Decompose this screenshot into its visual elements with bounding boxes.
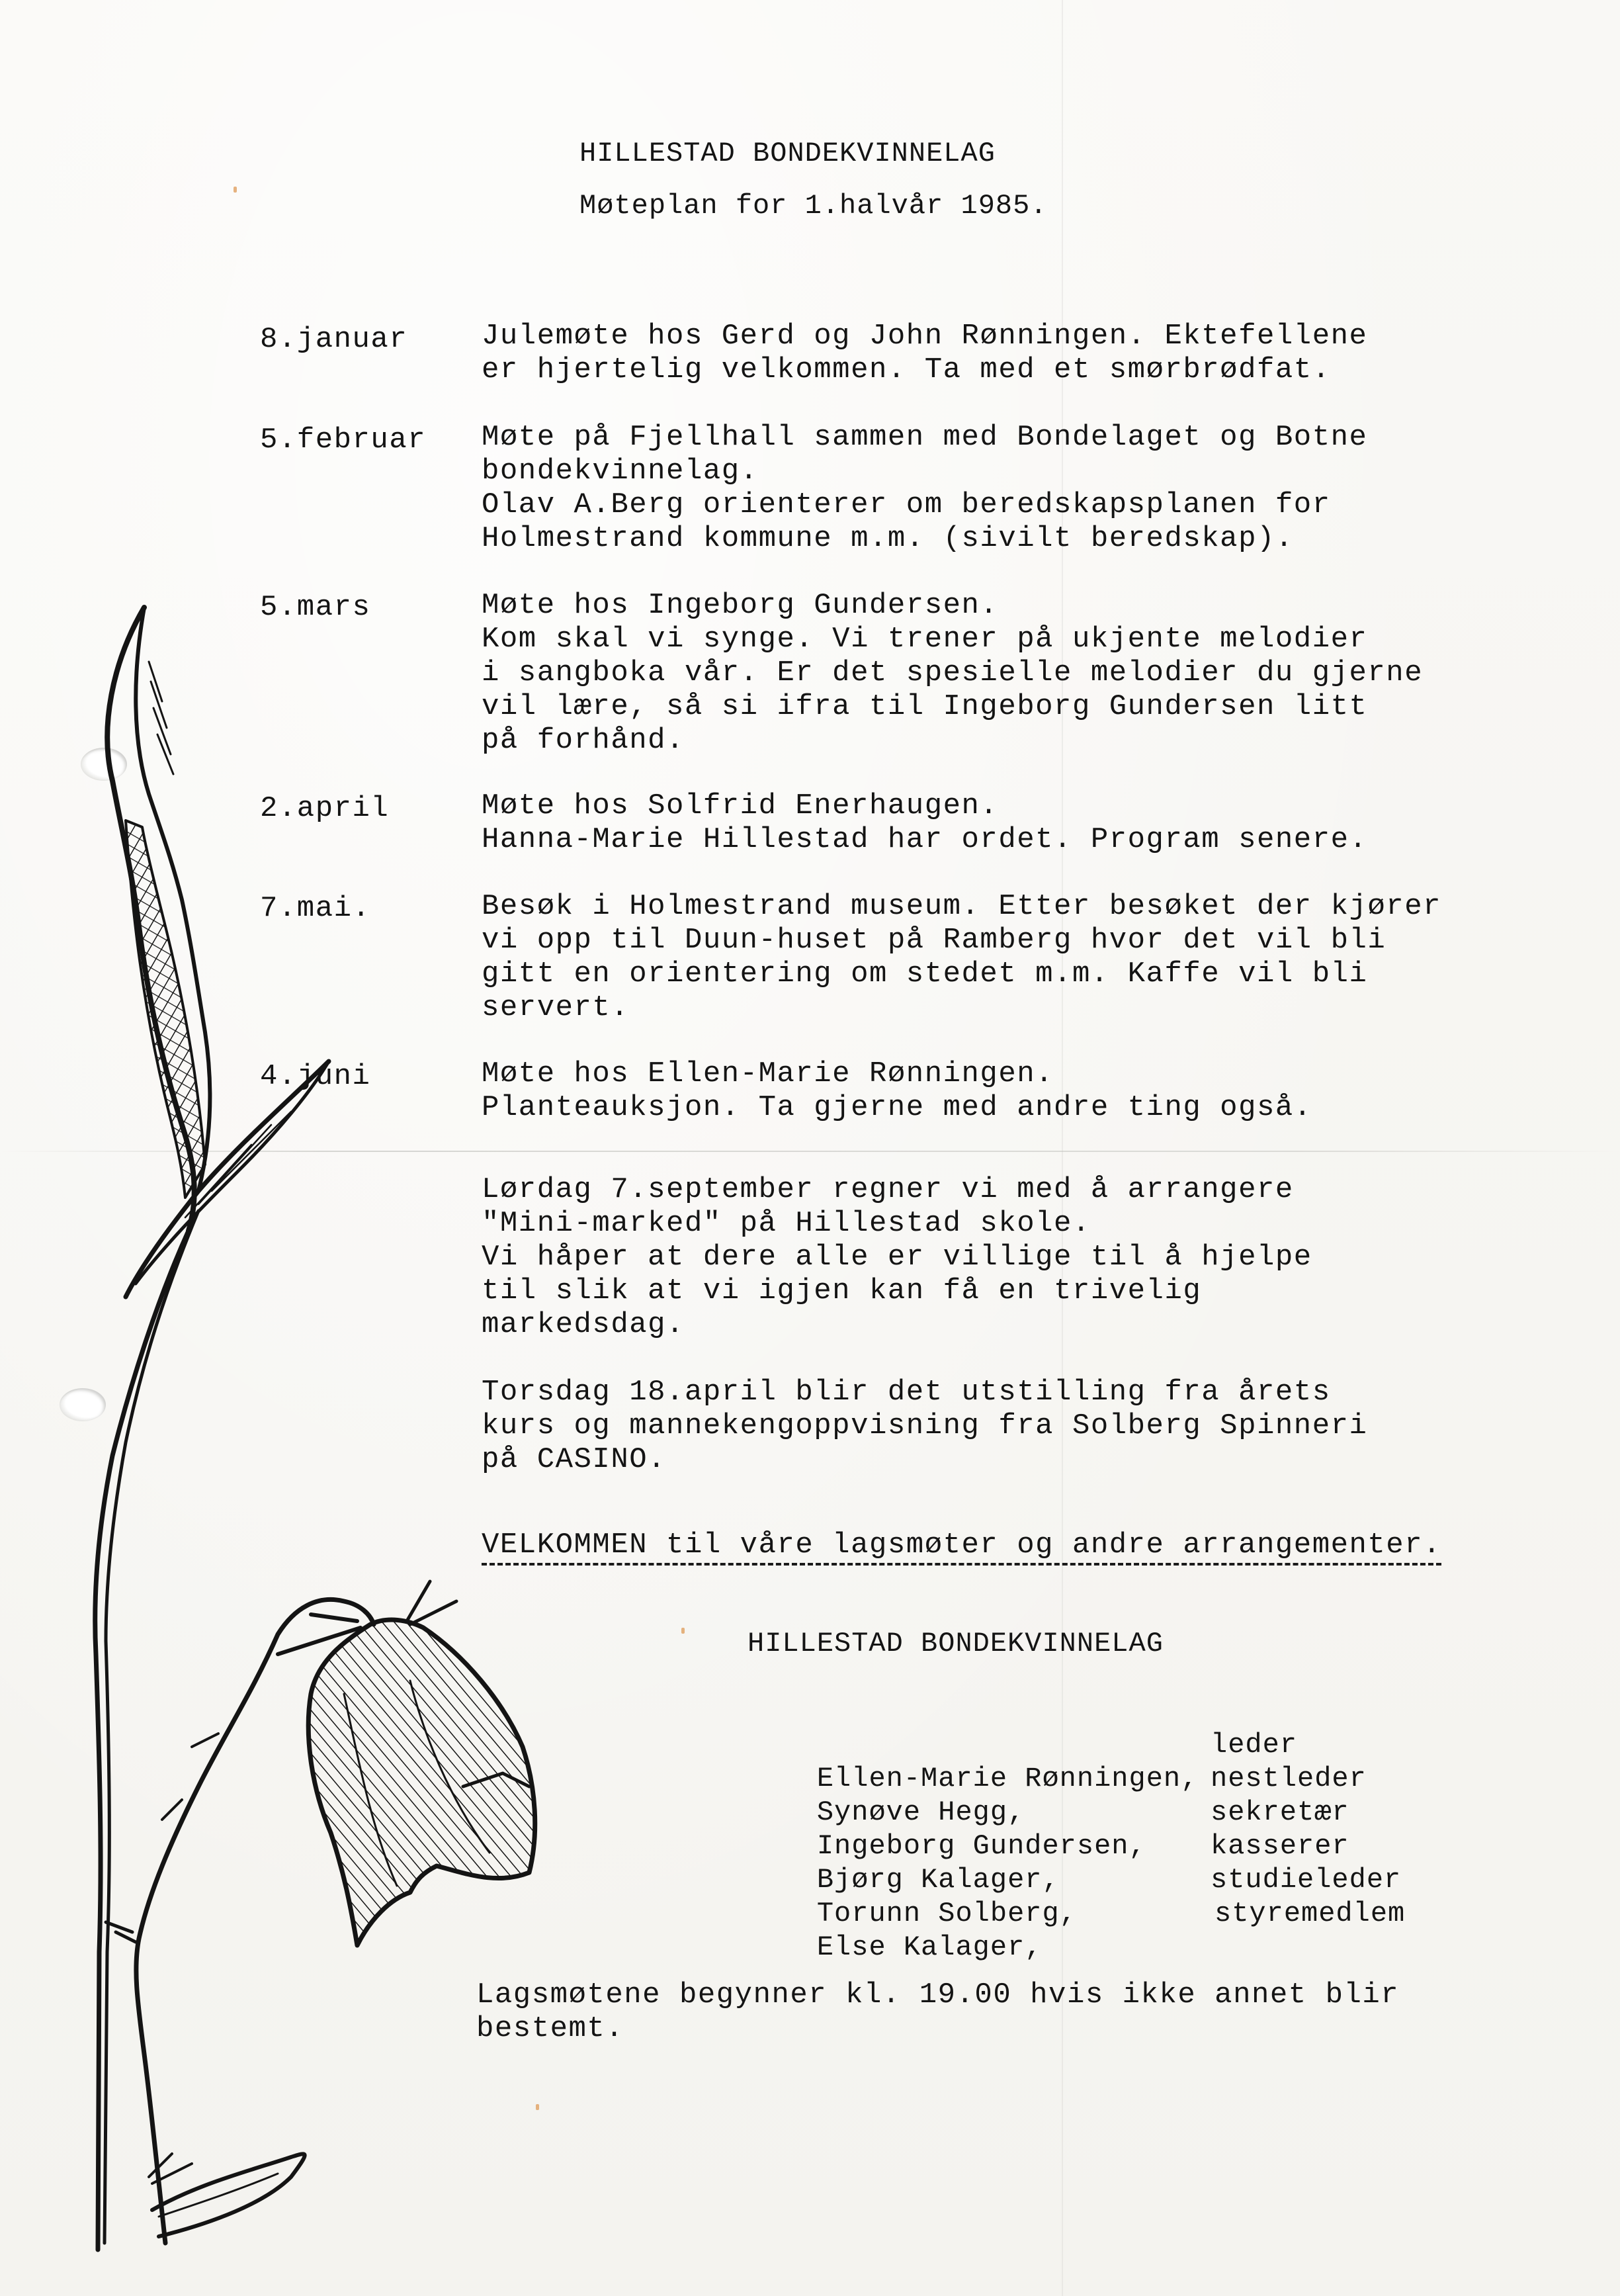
bellflower-illustration bbox=[0, 0, 1620, 2296]
diagonal-leaf-icon bbox=[126, 1061, 329, 1297]
upright-leaf-icon bbox=[107, 607, 210, 1231]
bellflower-bloom-icon bbox=[278, 1581, 535, 1945]
